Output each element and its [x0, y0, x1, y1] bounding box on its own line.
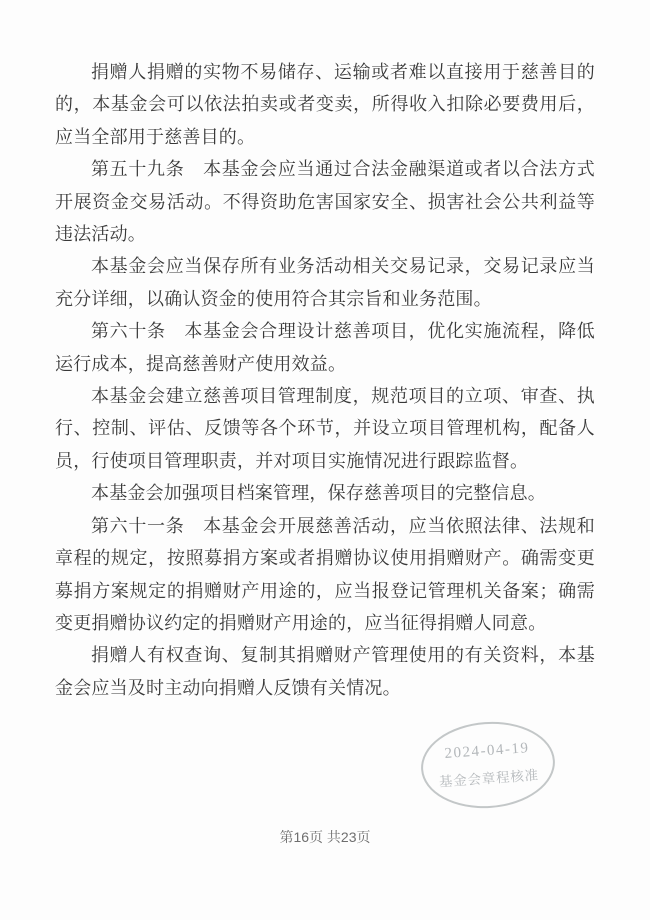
paragraph-donor-rights: 捐赠人有权查询、复制其捐赠财产管理使用的有关资料，本基金会应当及时主动向捐赠人反…	[55, 639, 595, 704]
approval-stamp: 2024-04-19 基金会章程核准	[418, 717, 558, 812]
paragraph-transaction-records: 本基金会应当保存所有业务活动相关交易记录，交易记录应当充分详细，以确认资金的使用…	[55, 250, 595, 315]
paragraph-donated-goods: 捐赠人捐赠的实物不易储存、运输或者难以直接用于慈善目的的，本基金会可以依法拍卖或…	[55, 56, 595, 153]
document-page: 捐赠人捐赠的实物不易储存、运输或者难以直接用于慈善目的的，本基金会可以依法拍卖或…	[0, 0, 650, 920]
charter-text-body: 捐赠人捐赠的实物不易储存、运输或者难以直接用于慈善目的的，本基金会可以依法拍卖或…	[55, 56, 595, 704]
paragraph-project-management: 本基金会建立慈善项目管理制度，规范项目的立项、审查、执行、控制、评估、反馈等各个…	[55, 380, 595, 477]
paragraph-project-archives: 本基金会加强项目档案管理，保存慈善项目的完整信息。	[55, 477, 595, 509]
paragraph-article-59: 第五十九条 本基金会应当通过合法金融渠道或者以合法方式开展资金交易活动。不得资助…	[55, 153, 595, 250]
paragraph-article-61: 第六十一条 本基金会开展慈善活动，应当依照法律、法规和章程的规定，按照募捐方案或…	[55, 510, 595, 640]
paragraph-article-60: 第六十条 本基金会合理设计慈善项目，优化实施流程，降低运行成本，提高慈善财产使用…	[55, 315, 595, 380]
stamp-label: 基金会章程核准	[439, 769, 540, 789]
stamp-date: 2024-04-19	[444, 741, 530, 762]
page-number: 第16页 共23页	[0, 827, 650, 847]
